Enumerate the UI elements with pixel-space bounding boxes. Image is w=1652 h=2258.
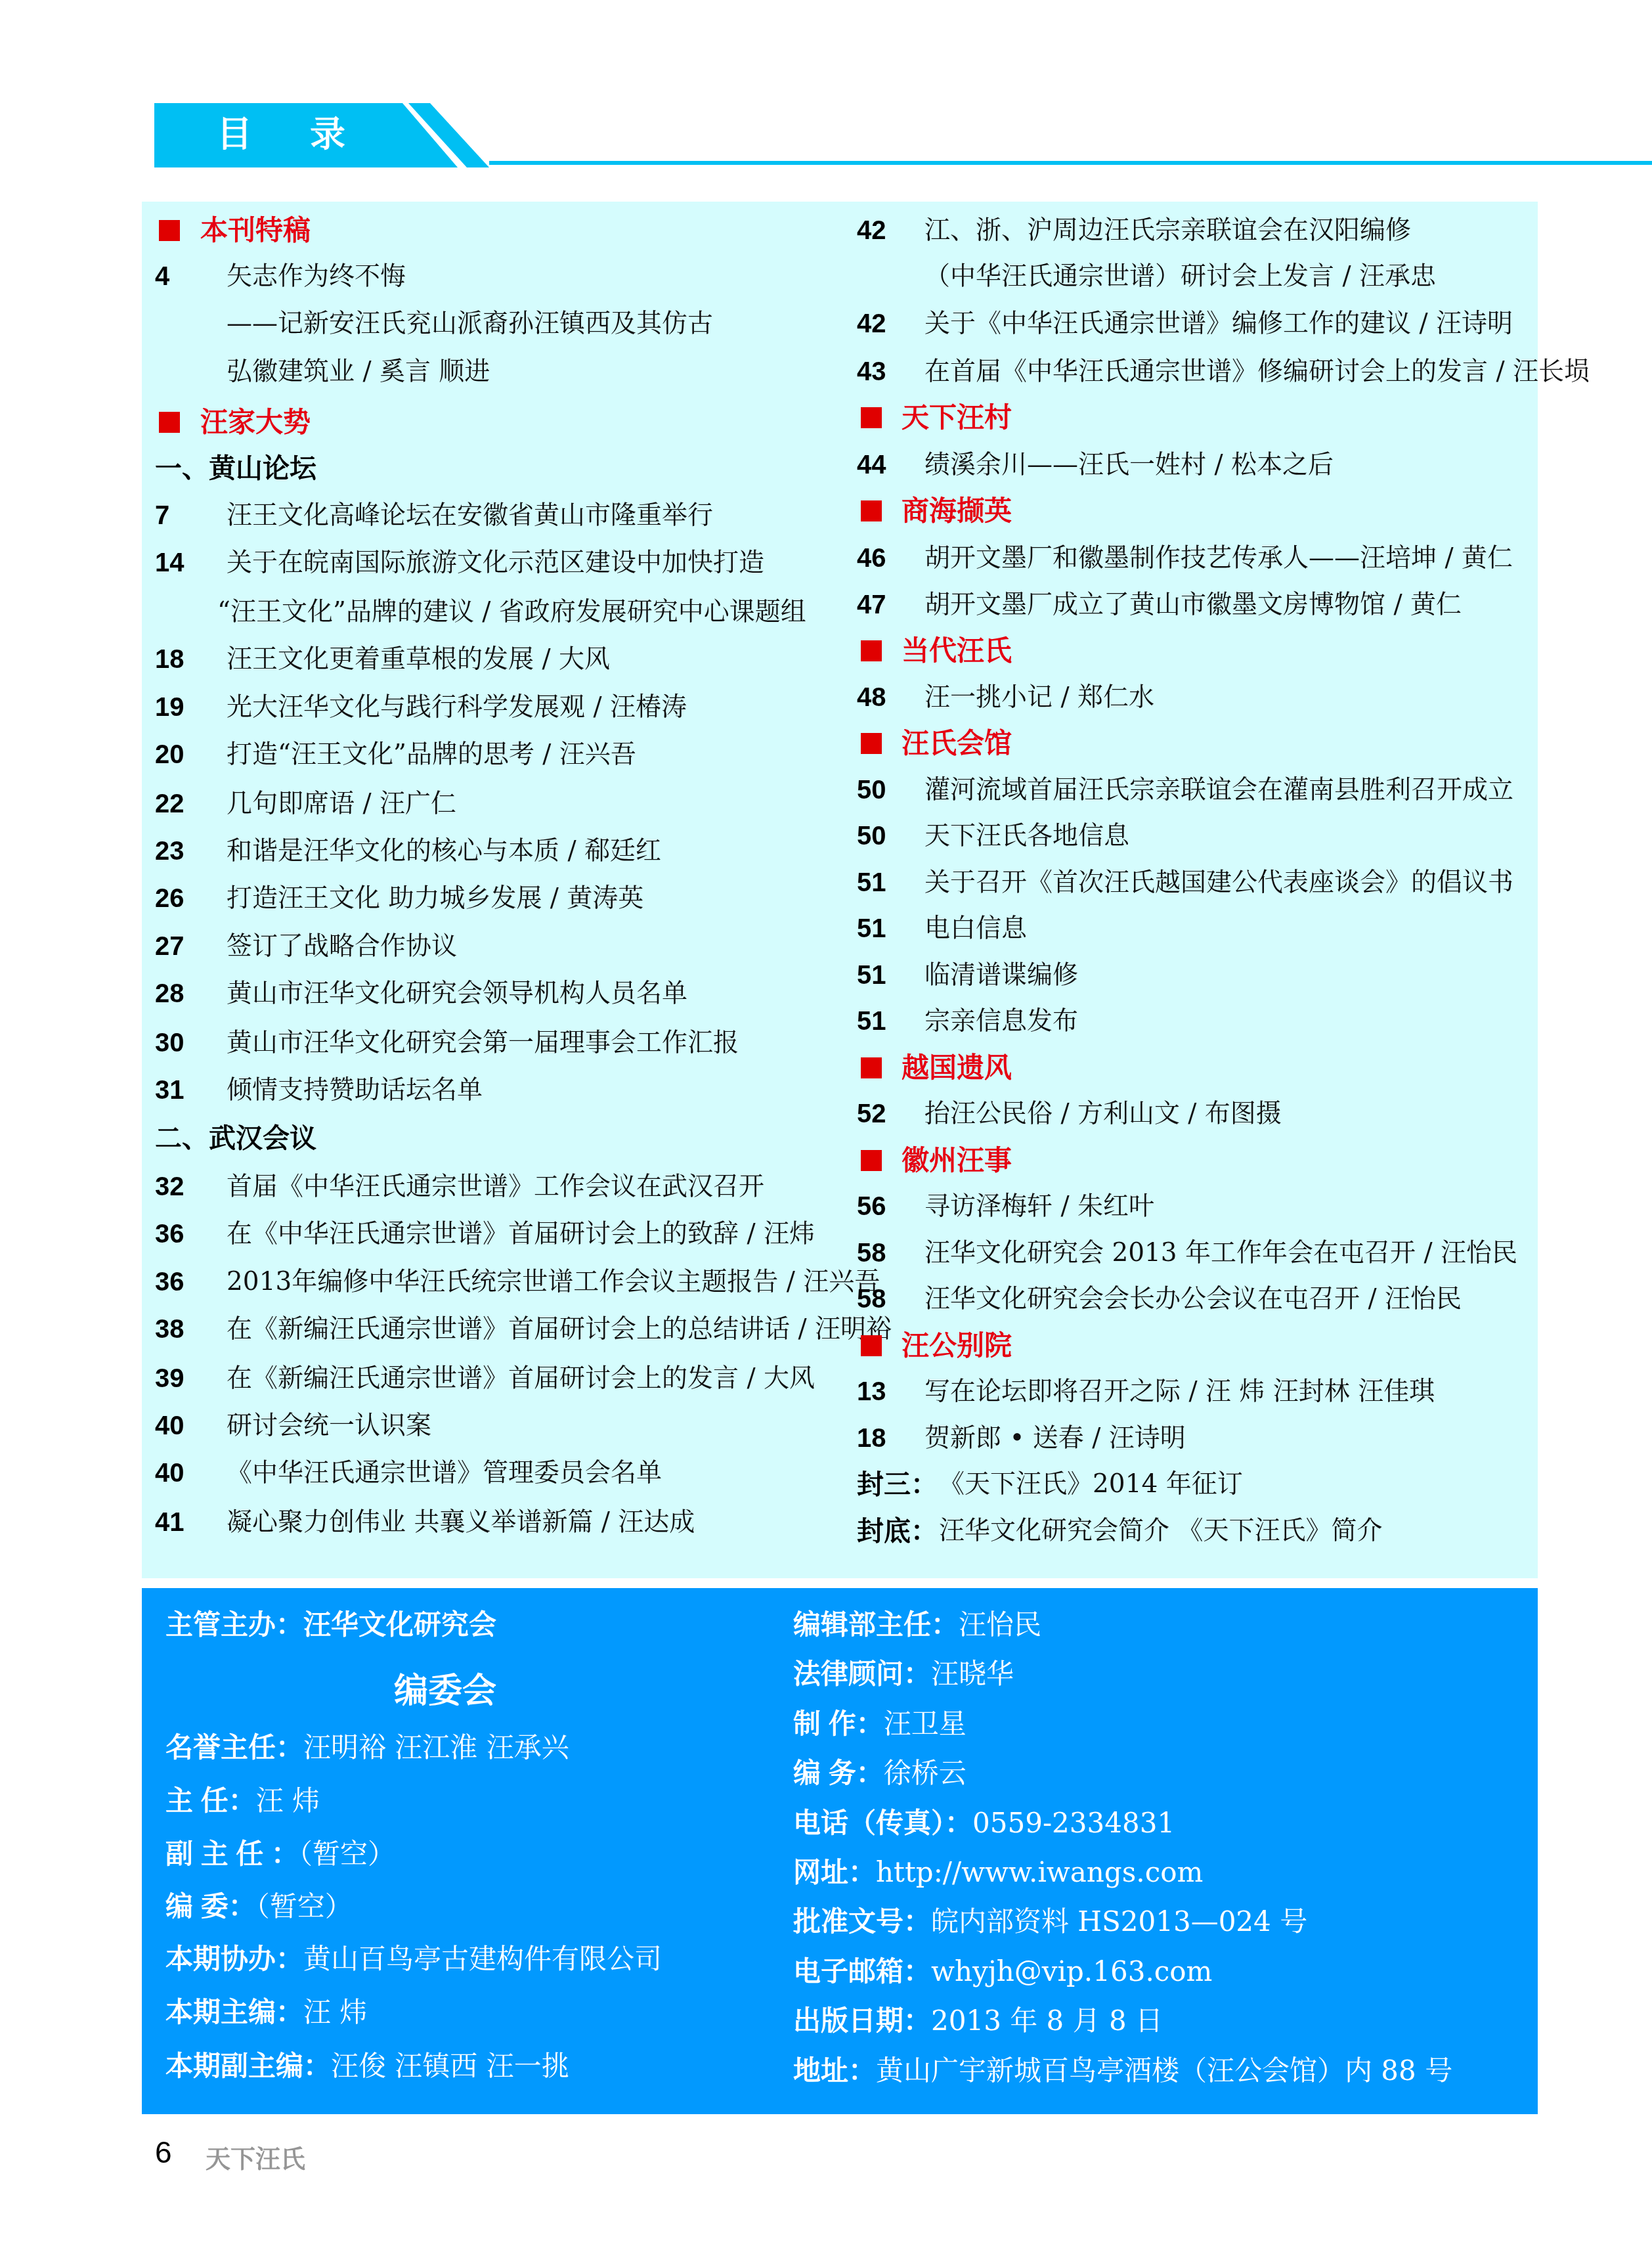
entry-title: ——记新安汪氏兖山派裔孙汪镇西及其仿古 <box>227 304 713 343</box>
masthead-key: 法律顾问： <box>793 1658 931 1689</box>
masthead-line: 名誉主任：汪明裕 汪江淮 汪承兴 <box>165 1727 569 1768</box>
entry-title: 关于《中华汪氏通宗世谱》编修工作的建议 / 汪诗明 <box>924 304 1513 343</box>
masthead-line: 地址：黄山广宇新城百鸟亭酒楼（汪公会馆）内 88 号 <box>793 2050 1452 2091</box>
entry-title: 电白信息 <box>924 909 1027 948</box>
page-number: 56 <box>857 1187 886 1226</box>
masthead-key: 编 务： <box>793 1758 884 1788</box>
cover-label: 封底： <box>857 1511 938 1551</box>
page-number: 42 <box>857 304 886 343</box>
entry-title: “汪王文化”品牌的建议 / 省政府发展研究中心课题组 <box>217 592 806 632</box>
entry-title: 签订了战略合作协议 <box>227 927 457 966</box>
entry-title: 倾情支持赞助话坛名单 <box>227 1071 483 1110</box>
page-number: 4 <box>155 257 169 296</box>
section-label: 越国遗风 <box>902 1048 1012 1088</box>
entry-title: 打造“汪王文化”品牌的思考 / 汪兴吾 <box>227 735 636 774</box>
masthead-line: 制 作：汪卫星 <box>793 1704 967 1744</box>
entry-title: 灌河流域首届汪氏宗亲联谊会在灌南县胜利召开成立 <box>924 770 1513 810</box>
page-number: 38 <box>155 1310 185 1349</box>
masthead-line: 本期协办：黄山百鸟亭古建构件有限公司 <box>165 1939 662 1980</box>
section-label: 汪家大势 <box>200 403 311 442</box>
entry-title: 在首届《中华汪氏通宗世谱》修编研讨会上的发言 / 汪长埙 <box>924 352 1590 391</box>
masthead-line: 网址：http://www.iwangs.com <box>793 1852 1203 1893</box>
masthead-value: 汪 炜 <box>256 1784 320 1817</box>
red-square-icon <box>861 1335 882 1356</box>
masthead-key: 主 任： <box>165 1785 256 1816</box>
entry-title: （中华汪氏通宗世谱）研讨会上发言 / 汪承忠 <box>924 257 1436 296</box>
section-label: 本刊特稿 <box>200 211 311 250</box>
page-number: 27 <box>155 927 185 966</box>
page-number: 51 <box>857 863 886 902</box>
masthead-line: 本期主编：汪 炜 <box>165 1992 367 2033</box>
masthead-key: 本期协办： <box>165 1943 303 1974</box>
red-square-icon <box>159 220 180 241</box>
entry-title: 绩溪余川——汪氏一姓村 / 松本之后 <box>924 445 1334 485</box>
entry-title: 胡开文墨厂和徽墨制作技艺传承人——汪培坤 / 黄仁 <box>924 539 1513 578</box>
entry-title: 寻访泽梅轩 / 朱红叶 <box>924 1187 1154 1226</box>
masthead-key: 主管主办： <box>165 1609 303 1640</box>
masthead-value: 汪怡民 <box>959 1608 1041 1641</box>
entry-title: 几句即席语 / 汪广仁 <box>227 784 456 824</box>
masthead-line: 出版日期：2013 年 8 月 8 日 <box>793 2001 1163 2041</box>
section-label: 天下汪村 <box>902 398 1012 437</box>
entry-title: 《中华汪氏通宗世谱》管理委员会名单 <box>227 1453 662 1493</box>
page-number: 50 <box>857 770 886 810</box>
masthead-value: 徐桥云 <box>884 1757 967 1789</box>
page-number: 58 <box>857 1233 886 1273</box>
page-number: 36 <box>155 1262 185 1302</box>
masthead-value: （暂空） <box>299 1838 395 1870</box>
masthead-key: 编 委： <box>165 1891 256 1922</box>
page-number: 26 <box>155 879 185 918</box>
entry-title: 关于在皖南国际旅游文化示范区建设中加快打造 <box>227 543 764 583</box>
masthead-key: 网址： <box>793 1857 876 1888</box>
masthead-key: 名誉主任： <box>165 1732 303 1763</box>
section-label: 商海撷英 <box>902 491 1012 531</box>
masthead-value: 黄山广宇新城百鸟亭酒楼（汪公会馆）内 88 号 <box>876 2054 1452 2087</box>
masthead-value: 黄山百鸟亭古建构件有限公司 <box>303 1943 662 1975</box>
red-square-icon <box>861 640 882 661</box>
entry-title: 写在论坛即将召开之际 / 汪 炜 汪封林 汪佳琪 <box>924 1372 1435 1411</box>
entry-title: 矢志作为终不悔 <box>227 257 406 296</box>
page-number: 41 <box>155 1503 185 1542</box>
section-label: 当代汪氏 <box>902 631 1012 671</box>
entry-title: 在《新编汪氏通宗世谱》首届研讨会上的总结讲话 / 汪明裕 <box>227 1310 892 1349</box>
masthead-line: 编 委：（暂空） <box>165 1886 353 1927</box>
page-number: 32 <box>155 1167 185 1206</box>
entry-title: 在《中华汪氏通宗世谱》首届研讨会上的致辞 / 汪炜 <box>227 1214 815 1254</box>
masthead-value: 汪卫星 <box>884 1708 967 1740</box>
page-number: 18 <box>155 640 185 679</box>
page-number: 40 <box>155 1406 185 1446</box>
masthead-line: 本期副主编：汪俊 汪镇西 汪一挑 <box>165 2046 569 2087</box>
page-number: 20 <box>155 735 185 774</box>
cover-title: 《天下汪氏》2014 年征订 <box>939 1465 1243 1504</box>
entry-title: 抬汪公民俗 / 方利山文 / 布图摄 <box>924 1094 1282 1134</box>
page-number: 51 <box>857 909 886 948</box>
entry-title: 胡开文墨厂成立了黄山市徽墨文房博物馆 / 黄仁 <box>924 585 1462 625</box>
red-square-icon <box>861 1057 882 1078</box>
red-square-icon <box>861 407 882 428</box>
header-rule <box>489 161 1652 165</box>
masthead-line: 批准文号：皖内部资料 HS2013—024 号 <box>793 1901 1307 1942</box>
page-number: 43 <box>857 352 886 391</box>
masthead-key: 电子邮箱： <box>793 1956 931 1987</box>
entry-title: 凝心聚力创伟业 共襄义举谱新篇 / 汪达成 <box>227 1503 695 1542</box>
entry-title: 黄山市汪华文化研究会第一届理事会工作汇报 <box>227 1023 739 1063</box>
section-label: 汪氏会馆 <box>902 724 1012 763</box>
magazine-name: 天下汪氏 <box>206 2138 305 2175</box>
page-number: 18 <box>857 1419 886 1458</box>
page-number: 22 <box>155 784 185 824</box>
page-number: 13 <box>857 1372 886 1411</box>
entry-title: 汪一挑小记 / 郑仁水 <box>924 678 1154 717</box>
page-number: 30 <box>155 1023 185 1063</box>
page-number: 47 <box>857 585 886 625</box>
page-number: 51 <box>857 1002 886 1041</box>
page-title: 目录 <box>217 108 403 161</box>
entry-title: 研讨会统一认识案 <box>227 1406 431 1446</box>
masthead-key: 本期主编： <box>165 1997 303 2027</box>
page-number: 6 <box>155 2135 172 2170</box>
red-square-icon <box>861 500 882 521</box>
masthead-value: 汪 炜 <box>303 1996 367 2028</box>
entry-title: 汪王文化高峰论坛在安徽省黄山市隆重举行 <box>227 496 713 535</box>
red-square-icon <box>861 1150 882 1171</box>
masthead-key: 编辑部主任： <box>793 1609 959 1640</box>
masthead-value: 汪明裕 汪江淮 汪承兴 <box>303 1731 569 1763</box>
page-number: 39 <box>155 1359 185 1398</box>
masthead-key: 批准文号： <box>793 1906 931 1937</box>
masthead-key: 副 主 任 ： <box>165 1838 299 1869</box>
masthead-line: 电话（传真）：0559-2334831 <box>793 1803 1175 1844</box>
entry-title: 天下汪氏各地信息 <box>924 816 1129 856</box>
red-square-icon <box>159 412 180 433</box>
page-number: 40 <box>155 1453 185 1493</box>
masthead-key: 地址： <box>793 2055 876 2086</box>
entry-title: 2013年编修中华汪氏统宗世谱工作会议主题报告 / 汪兴吾 <box>227 1262 880 1302</box>
page-number: 42 <box>857 211 886 250</box>
masthead-key: 本期副主编： <box>165 2050 331 2081</box>
entry-title: 光大汪华文化与践行科学发展观 / 汪椿涛 <box>227 688 687 727</box>
entry-title: 弘徽建筑业 / 奚言 顺进 <box>227 352 490 391</box>
masthead-value: 0559-2334831 <box>972 1807 1175 1839</box>
masthead-line: 法律顾问：汪晓华 <box>793 1654 1014 1694</box>
entry-title: 在《新编汪氏通宗世谱》首届研讨会上的发言 / 大风 <box>227 1359 815 1398</box>
entry-title: 关于召开《首次汪氏越国建公代表座谈会》的倡议书 <box>924 863 1513 902</box>
page-number: 31 <box>155 1071 185 1110</box>
page-number: 19 <box>155 688 185 727</box>
masthead-value: whyjh@vip.163.com <box>931 1955 1212 1987</box>
entry-title: 贺新郎 • 送春 / 汪诗明 <box>924 1419 1186 1458</box>
entry-title: 江、浙、沪周边汪氏宗亲联谊会在汉阳编修 <box>924 211 1411 250</box>
committee-title: 编委会 <box>394 1663 496 1712</box>
cover-label: 封三： <box>857 1465 938 1504</box>
page-number: 44 <box>857 445 886 485</box>
masthead-line: 主管主办：汪华文化研究会 <box>165 1605 496 1645</box>
masthead-line: 编辑部主任：汪怡民 <box>793 1605 1041 1645</box>
masthead-value: （暂空） <box>256 1890 353 1922</box>
subsection-heading: 二、武汉会议 <box>155 1118 316 1158</box>
page-number: 7 <box>155 496 169 535</box>
entry-title: 黄山市汪华文化研究会领导机构人员名单 <box>227 974 687 1013</box>
page-number: 14 <box>155 543 185 583</box>
section-label: 汪公别院 <box>902 1326 1012 1365</box>
masthead-line: 主 任：汪 炜 <box>165 1781 320 1821</box>
masthead-value: 汪晓华 <box>931 1658 1014 1690</box>
masthead-key: 出版日期： <box>793 2005 931 2036</box>
entry-title: 宗亲信息发布 <box>924 1002 1078 1041</box>
masthead-key: 制 作： <box>793 1708 884 1739</box>
entry-title: 临清谱谍编修 <box>924 956 1078 995</box>
entry-title: 打造汪王文化 助力城乡发展 / 黄涛英 <box>227 879 643 918</box>
masthead-value: 汪华文化研究会 <box>303 1609 496 1640</box>
section-label: 徽州汪事 <box>902 1141 1012 1180</box>
masthead-value: 皖内部资料 HS2013—024 号 <box>931 1905 1307 1937</box>
page-number: 23 <box>155 831 185 871</box>
masthead-value: http://www.iwangs.com <box>876 1856 1203 1888</box>
entry-title: 首届《中华汪氏通宗世谱》工作会议在武汉召开 <box>227 1167 764 1206</box>
entry-title: 汪华文化研究会会长办公会议在屯召开 / 汪怡民 <box>924 1279 1462 1319</box>
entry-title: 和谐是汪华文化的核心与本质 / 郗廷红 <box>227 831 661 871</box>
page-number: 48 <box>857 678 886 717</box>
page-number: 58 <box>857 1279 886 1319</box>
entry-title: 汪华文化研究会 2013 年工作年会在屯召开 / 汪怡民 <box>924 1233 1517 1273</box>
page-number: 36 <box>155 1214 185 1254</box>
masthead-value: 汪俊 汪镇西 汪一挑 <box>331 2050 569 2082</box>
masthead-line: 副 主 任 ：（暂空） <box>165 1834 395 1874</box>
page-number: 50 <box>857 816 886 856</box>
page-number: 51 <box>857 956 886 995</box>
page-number: 28 <box>155 974 185 1013</box>
cover-title: 汪华文化研究会简介 《天下汪氏》简介 <box>939 1511 1382 1551</box>
entry-title: 汪王文化更着重草根的发展 / 大风 <box>227 640 610 679</box>
subsection-heading: 一、黄山论坛 <box>155 449 316 488</box>
page-number: 52 <box>857 1094 886 1134</box>
page-number: 46 <box>857 539 886 578</box>
masthead-key: 电话（传真）： <box>793 1807 972 1838</box>
masthead-value: 2013 年 8 月 8 日 <box>931 2004 1163 2037</box>
masthead-line: 编 务：徐桥云 <box>793 1753 967 1794</box>
masthead-line: 电子邮箱：whyjh@vip.163.com <box>793 1951 1212 1992</box>
red-square-icon <box>861 733 882 754</box>
